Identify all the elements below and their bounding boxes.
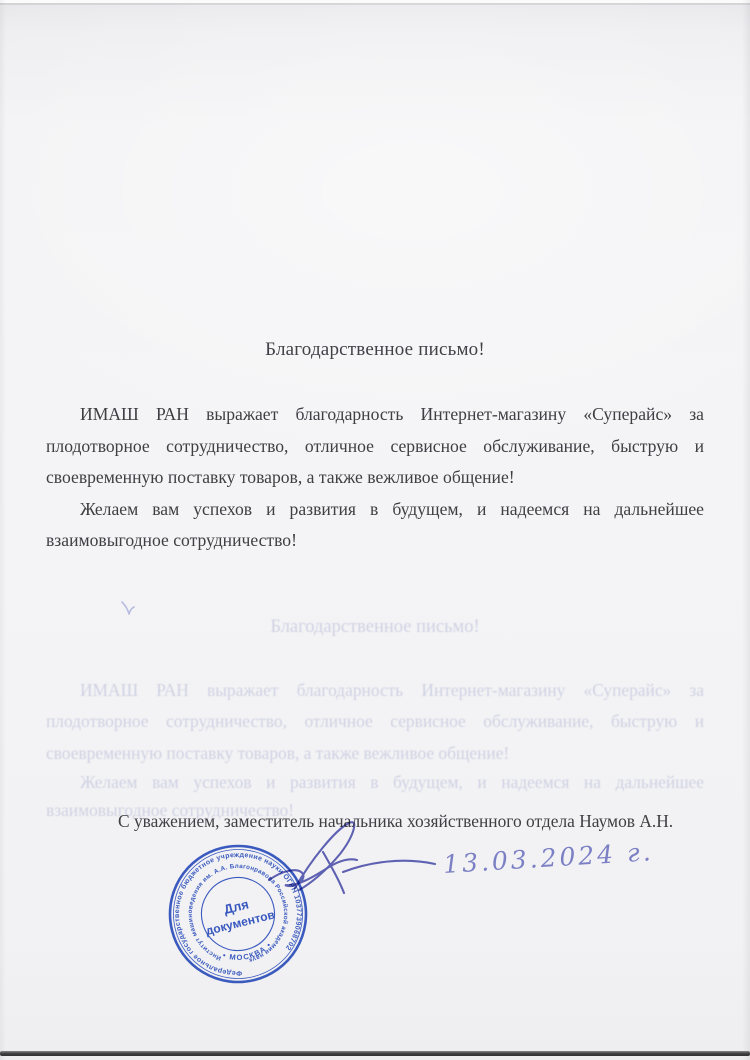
body-paragraph-2: Желаем вам успехов и развития в будущем,…: [46, 494, 704, 557]
ghost-line: ИМАШ РАН выражает благодарность Интернет…: [46, 680, 704, 704]
ghost-line: плодотворное сотрудничество, отличное се…: [46, 711, 704, 735]
scan-edge-left: [0, 0, 6, 1060]
handwritten-date: 13.03.2024 г.: [442, 836, 673, 879]
scanned-letter-page: Благодарственное письмо! ИМАШ РАН выража…: [0, 0, 750, 1060]
ghost-line: Желаем вам успехов и развития в будущем,…: [46, 772, 704, 796]
letter-body: ИМАШ РАН выражает благодарность Интернет…: [46, 399, 704, 557]
ink-speck: [118, 598, 138, 620]
ghost-title: Благодарственное письмо!: [0, 617, 750, 638]
body-paragraph-1: ИМАШ РАН выражает благодарность Интернет…: [46, 399, 704, 494]
letter-title: Благодарственное письмо!: [0, 339, 750, 361]
scan-edge-top-shadow: [0, 3, 750, 5]
scan-edge-bottom: [0, 1051, 750, 1056]
scan-edge-right: [742, 0, 750, 1060]
ghost-line: своевременную поставку товаров, а также …: [46, 743, 704, 764]
handwritten-signature: [253, 810, 453, 905]
